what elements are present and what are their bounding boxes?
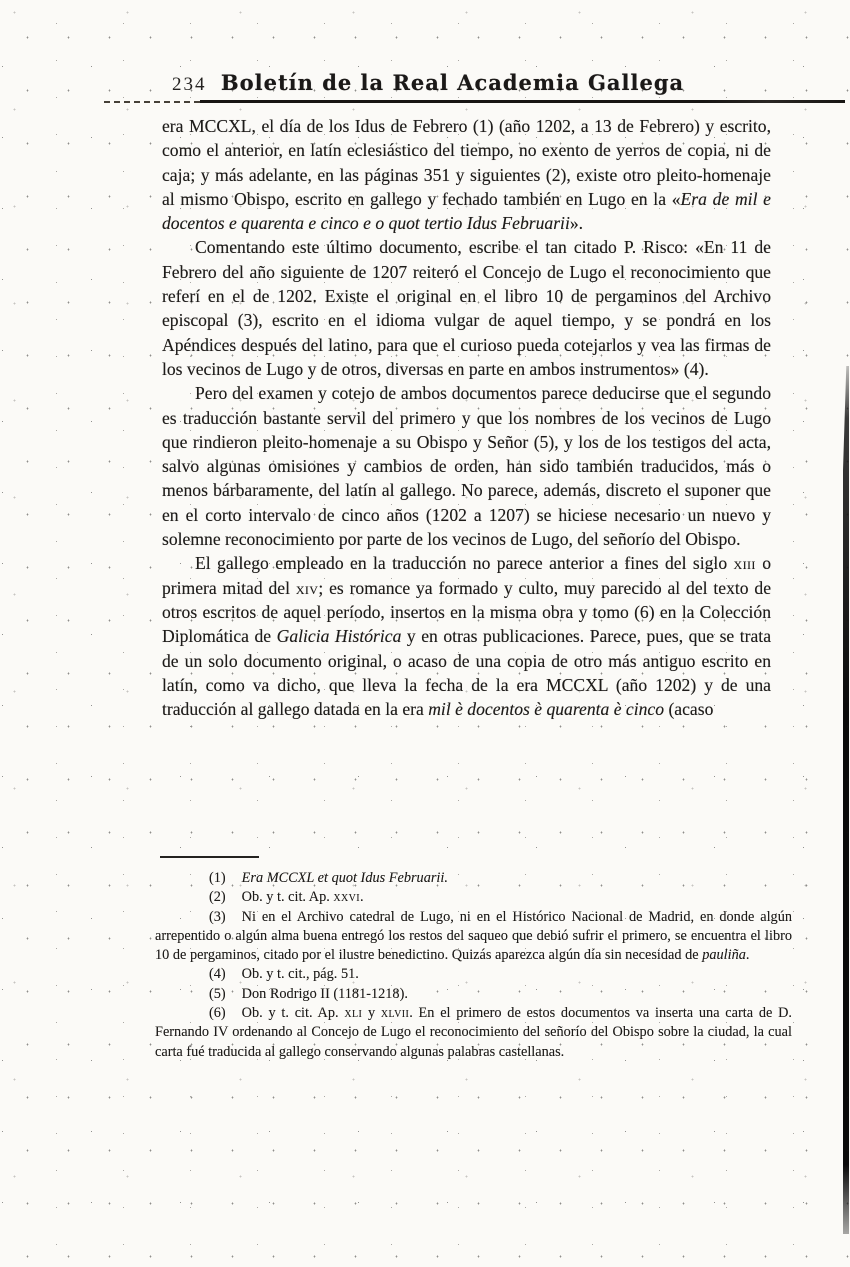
- paragraph: Comentando este último documento, escrib…: [162, 235, 771, 381]
- text-segment: Don Rodrigo II (1181-1218).: [242, 986, 408, 1002]
- journal-title: Boletín de la Real Academia Gallega: [180, 70, 725, 95]
- text-segment: (acaso: [664, 699, 713, 719]
- footnote-number: (2): [209, 889, 226, 905]
- text-segment: Pero del examen y cotejo de ambos docume…: [162, 383, 771, 549]
- footnote-number: (1): [209, 870, 226, 886]
- text-segment: ».: [570, 213, 583, 233]
- footnote: (3)Ni en el Archivo catedral de Lugo, ni…: [155, 908, 792, 966]
- text-segment: Ob. y t. cit. Ap.: [242, 1005, 345, 1021]
- footnotes-section: (1)Era MCCXL et quot Idus Februarii.(2)O…: [155, 856, 792, 1062]
- text-segment: xxvi: [333, 889, 360, 905]
- paragraph: Pero del examen y cotejo de ambos docume…: [162, 381, 771, 551]
- text-segment: mil è docentos è quarenta è cinco: [428, 699, 664, 719]
- footnote: (4)Ob. y t. cit., pág. 51.: [155, 965, 792, 984]
- body-text-block: era MCCXL, el día de los Idus de Febrero…: [162, 106, 771, 721]
- text-segment: y: [362, 1005, 381, 1021]
- text-segment: Era MCCXL et quot Idus Februarii.: [242, 870, 448, 886]
- scan-edge-artifact: [843, 366, 849, 1234]
- footnote-separator-rule: [160, 856, 259, 858]
- footnote-number: (5): [209, 986, 226, 1002]
- text-segment: xiv: [296, 578, 319, 598]
- footnotes-list: (1)Era MCCXL et quot Idus Februarii.(2)O…: [155, 869, 792, 1062]
- footnote-number: (3): [209, 909, 226, 925]
- text-segment: El gallego empleado en la traducción no …: [195, 553, 734, 573]
- footnote: (1)Era MCCXL et quot Idus Februarii.: [155, 869, 792, 888]
- footnote-number: (4): [209, 966, 226, 982]
- text-segment: .: [360, 889, 364, 905]
- footnote-number: (6): [209, 1005, 226, 1021]
- scanned-book-page: 234 Boletín de la Real Academia Gallega …: [0, 0, 850, 1267]
- footnote: (6)Ob. y t. cit. Ap. xli y xlvii. En el …: [155, 1004, 792, 1062]
- text-segment: Ob. y t. cit. Ap.: [242, 889, 334, 905]
- footnote: (2)Ob. y t. cit. Ap. xxvi.: [155, 888, 792, 907]
- text-segment: Ob. y t. cit., pág. 51.: [242, 966, 359, 982]
- header-rule: [200, 100, 845, 103]
- header-rule-dashed-segment: [104, 101, 200, 103]
- paragraph: El gallego empleado en la traducción no …: [162, 551, 771, 721]
- text-segment: xlvii: [381, 1005, 409, 1021]
- text-segment: pauliña: [702, 947, 746, 963]
- text-segment: xli: [344, 1005, 362, 1021]
- footnote: (5)Don Rodrigo II (1181-1218).: [155, 985, 792, 1004]
- paragraph: era MCCXL, el día de los Idus de Febrero…: [162, 114, 771, 235]
- text-segment: xiii: [734, 553, 756, 573]
- text-segment: Comentando este último documento, escrib…: [162, 237, 771, 378]
- text-segment: Ni en el Archivo catedral de Lugo, ni en…: [155, 909, 792, 964]
- text-segment: Galicia Histórica: [277, 626, 402, 646]
- text-segment: .: [746, 947, 750, 963]
